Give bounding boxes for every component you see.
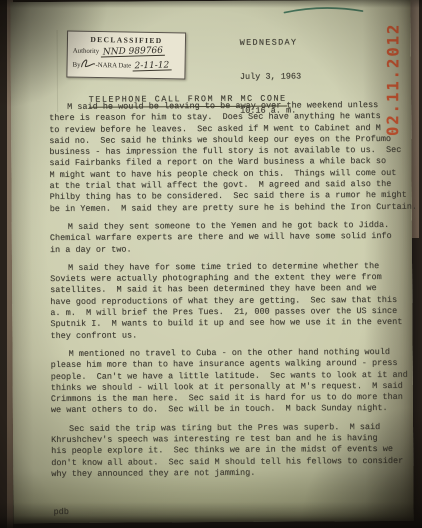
memo-paper: WEDNESDAY July 3, 1963 10:16 a. m. DECLA… [10, 0, 413, 523]
typist-initials: pdb [53, 507, 68, 517]
paragraph-1: M said he would be leaving to be away ov… [49, 100, 410, 215]
paragraph-3: M said they have for some time tried to … [50, 261, 410, 342]
paragraph-4: M mentioned no travel to Cuba - on the o… [51, 347, 411, 417]
paragraph-5: Sec said the trip was tiring but the Pre… [51, 422, 411, 481]
weekday-line: WEDNESDAY [240, 38, 301, 50]
by-label: By [73, 62, 81, 69]
nara-date-label: -NARA Date [95, 62, 131, 70]
declassified-stamp-box: DECLASSIFIED Authority NND 989766 By-NAR… [66, 31, 186, 80]
by-nara-row: By-NARA Date 2-11-12 [72, 58, 179, 73]
declassified-title: DECLASSIFIED [73, 35, 180, 46]
authority-label: Authority [73, 47, 100, 54]
nara-date-value-handwritten: 2-11-12 [133, 61, 172, 71]
photographed-memo: WEDNESDAY July 3, 1963 10:16 a. m. DECLA… [0, 0, 422, 528]
signature-scribble [80, 58, 95, 71]
authority-row: Authority NND 989766 [73, 46, 180, 57]
memo-body: M said he would be leaving to be away ov… [49, 100, 411, 487]
authority-value-handwritten: NND 989766 [101, 46, 165, 57]
paragraph-2: M said they sent someone to the Yemen an… [50, 220, 410, 256]
date-line: July 3, 1963 [240, 71, 301, 83]
